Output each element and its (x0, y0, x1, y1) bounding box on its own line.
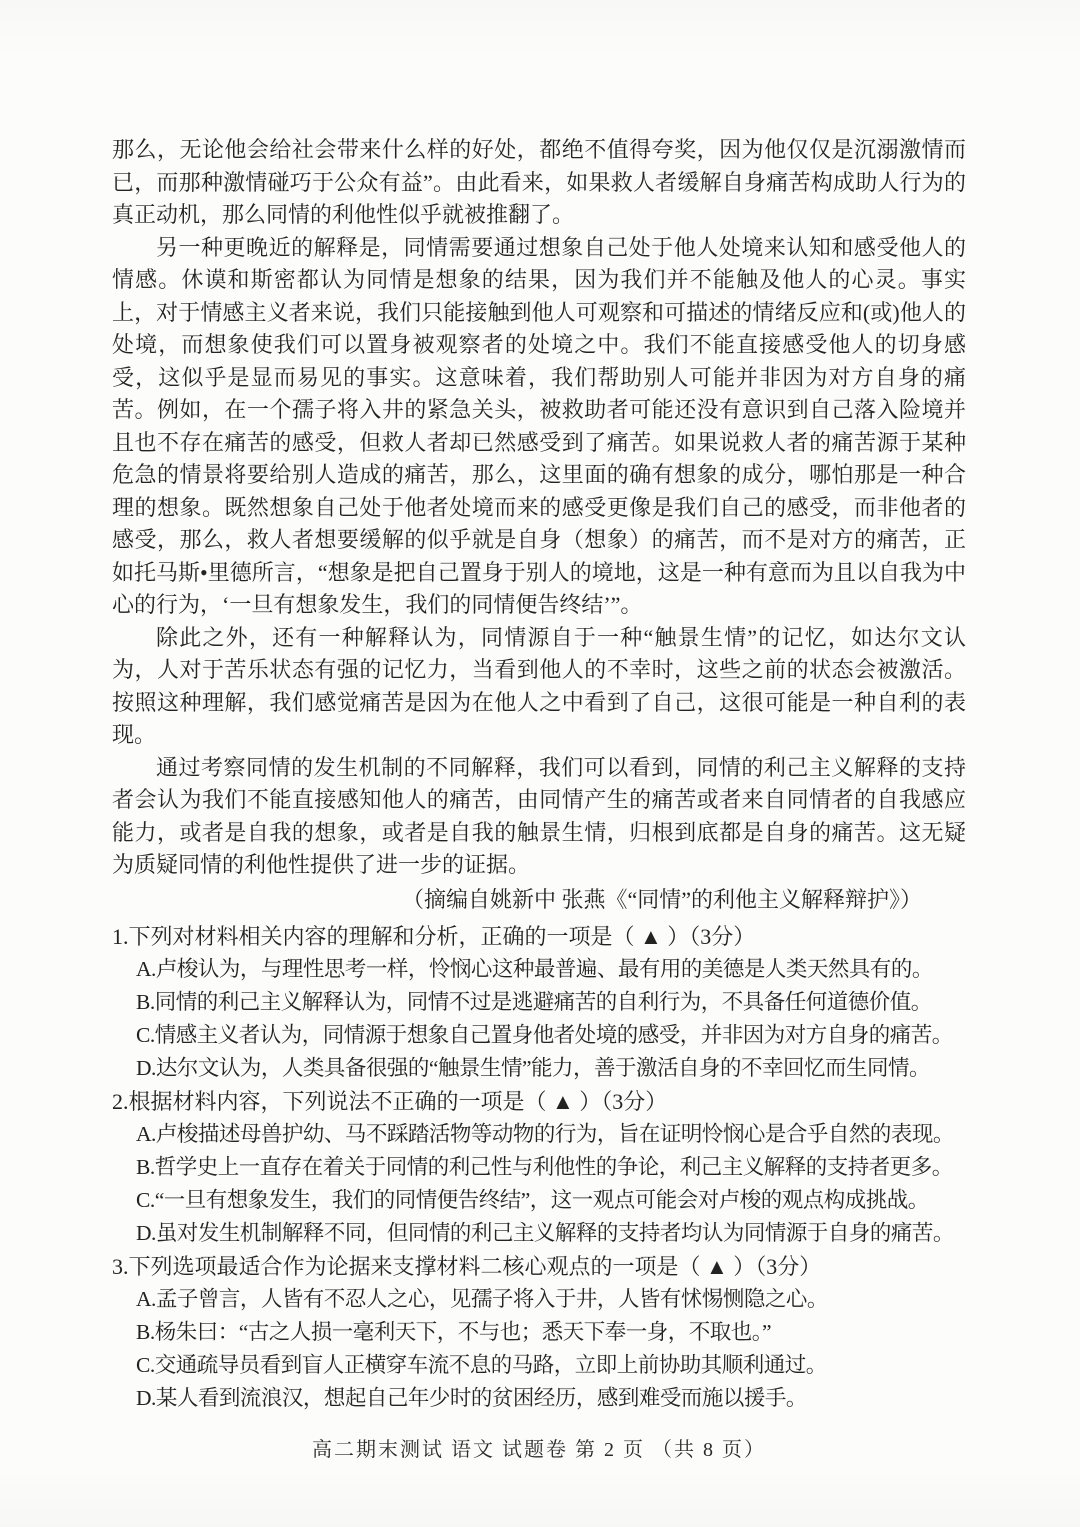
question-1-stem: 1.下列对材料相关内容的理解和分析，正确的一项是（ ▲ ）（3分） (112, 920, 966, 953)
passage-paragraph-4: 通过考察同情的发生机制的不同解释，我们可以看到，同情的利己主义解释的支持者会认为… (112, 752, 966, 882)
passage-attribution: （摘编自姚新中 张燕《“同情”的利他主义解释辩护》） (112, 882, 966, 918)
passage-paragraph-2: 另一种更晚近的解释是，同情需要通过想象自己处于他人处境来认知和感受他人的情感。休… (112, 232, 966, 622)
question-1-option-b: B.同情的利己主义解释认为，同情不过是逃避痛苦的自利行为，不具备任何道德价值。 (112, 986, 966, 1019)
reading-passage: 那么，无论他会给社会带来什么样的好处，都绝不值得夸奖，因为他仅仅是沉溺激情而已，… (112, 134, 966, 918)
question-3: 3.下列选项最适合作为论据来支撑材料二核心观点的一项是（ ▲ ）（3分） A.孟… (112, 1250, 966, 1415)
passage-paragraph-1: 那么，无论他会给社会带来什么样的好处，都绝不值得夸奖，因为他仅仅是沉溺激情而已，… (112, 134, 966, 232)
question-section: 1.下列对材料相关内容的理解和分析，正确的一项是（ ▲ ）（3分） A.卢梭认为… (112, 920, 966, 1415)
question-1-option-a: A.卢梭认为，与理性思考一样，怜悯心这种最普遍、最有用的美德是人类天然具有的。 (112, 953, 966, 986)
question-2-option-a: A.卢梭描述母兽护幼、马不踩踏活物等动物的行为，旨在证明怜悯心是合乎自然的表现。 (112, 1118, 966, 1151)
question-1: 1.下列对材料相关内容的理解和分析，正确的一项是（ ▲ ）（3分） A.卢梭认为… (112, 920, 966, 1085)
page-footer: 高二期末测试 语文 试题卷 第 2 页 （共 8 页） (112, 1433, 966, 1462)
question-2-stem: 2.根据材料内容，下列说法不正确的一项是（ ▲ ）（3分） (112, 1085, 966, 1118)
passage-paragraph-3: 除此之外，还有一种解释认为，同情源自于一种“触景生情”的记忆，如达尔文认为，人对… (112, 622, 966, 752)
question-2: 2.根据材料内容，下列说法不正确的一项是（ ▲ ）（3分） A.卢梭描述母兽护幼… (112, 1085, 966, 1250)
question-3-option-d: D.某人看到流浪汉，想起自己年少时的贫困经历，感到难受而施以援手。 (112, 1382, 966, 1415)
question-3-option-c: C.交通疏导员看到盲人正横穿车流不息的马路，立即上前协助其顺利通过。 (112, 1349, 966, 1382)
question-1-option-c: C.情感主义者认为，同情源于想象自己置身他者处境的感受，并非因为对方自身的痛苦。 (112, 1019, 966, 1052)
question-1-option-d: D.达尔文认为，人类具备很强的“触景生情”能力，善于激活自身的不幸回忆而生同情。 (112, 1052, 966, 1085)
question-3-option-b: B.杨朱曰：“古之人损一毫利天下，不与也；悉天下奉一身，不取也。” (112, 1316, 966, 1349)
question-2-option-d: D.虽对发生机制解释不同，但同情的利己主义解释的支持者均认为同情源于自身的痛苦。 (112, 1217, 966, 1250)
exam-page: 那么，无论他会给社会带来什么样的好处，都绝不值得夸奖，因为他仅仅是沉溺激情而已，… (0, 0, 1080, 1527)
question-2-option-c: C.“一旦有想象发生，我们的同情便告终结”，这一观点可能会对卢梭的观点构成挑战。 (112, 1184, 966, 1217)
question-3-option-a: A.孟子曾言，人皆有不忍人之心，见孺子将入于井，人皆有怵惕恻隐之心。 (112, 1283, 966, 1316)
question-3-stem: 3.下列选项最适合作为论据来支撑材料二核心观点的一项是（ ▲ ）（3分） (112, 1250, 966, 1283)
question-2-option-b: B.哲学史上一直存在着关于同情的利己性与利他性的争论，利己主义解释的支持者更多。 (112, 1151, 966, 1184)
